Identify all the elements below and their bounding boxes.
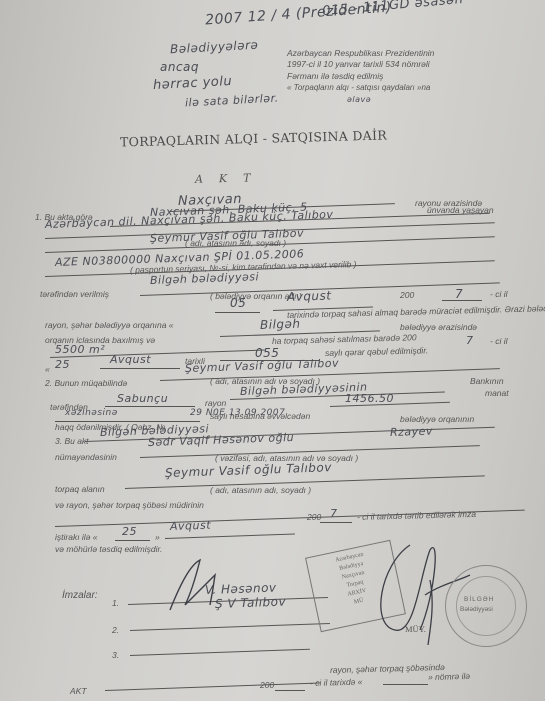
sealed-label: və möhürlə təsdiq edilmişdir. xyxy=(55,544,162,554)
participation-label: iştirakı ilə « xyxy=(55,532,98,542)
decree-line-1: Azərbaycan Respublikası Prezidentinin xyxy=(287,48,434,58)
date-year-line xyxy=(320,522,352,523)
participation-month-line xyxy=(165,533,295,539)
date-suffix: - ci il tarixdə tərtib edilərək imza xyxy=(357,509,476,522)
decree-line-2: 1997-ci il 10 yanvar tarixli 534 nömrəli xyxy=(287,59,430,69)
participation-day: 25 xyxy=(122,525,137,538)
decree-line-4: « Torpaqların alqı - satqısı qaydaları »… xyxy=(287,83,430,92)
rep-label: nümayəndəsinin xyxy=(55,452,117,462)
footer-year-suffix: - ci il tarixdə « xyxy=(310,677,363,688)
area-year-value: 7 xyxy=(466,334,474,347)
document-title: TORPAQLARIN ALQI - SATQISINA DAİR xyxy=(120,128,387,150)
day-line xyxy=(215,312,260,313)
land-sale-act-document: 2007 12 / 4 (Prezidentin) 015 - 111GD əs… xyxy=(0,0,545,701)
section2-district-line xyxy=(105,406,195,407)
area-year-suffix: - ci il xyxy=(490,336,507,346)
signature-scribble-icon xyxy=(165,555,235,615)
buyer-value: Şeymur Vasif oğlu Talıbov xyxy=(165,460,332,480)
rayon-label: rayon xyxy=(205,398,226,408)
month-value: Avqust xyxy=(287,288,332,304)
participation-month: Avqust xyxy=(170,519,211,533)
receipt-value: 29 N0E 13.09.2007 xyxy=(190,408,285,418)
handwritten-note-line5-right: əlavə xyxy=(347,95,371,104)
year-suffix: - ci il xyxy=(490,289,507,299)
section3-municipality-label: bələdiyyə orqanının xyxy=(400,414,474,424)
treasury-value: xəzinəsinə xyxy=(65,408,118,418)
signature-3-number: 3. xyxy=(112,650,119,660)
para-a: rayon, şəhər bələdiyyə orqanına « xyxy=(45,320,174,330)
head-line-label: və rayon, şəhər torpaq şöbəsi müdirinin xyxy=(55,500,204,510)
year-value: 7 xyxy=(455,287,463,301)
day-value: 05 xyxy=(230,296,246,310)
handwritten-note-ref: 015 - 111GD əsasən xyxy=(322,0,464,19)
seal-line-1: BİLGƏH xyxy=(464,596,494,603)
area-value: 5500 m² xyxy=(55,343,105,356)
signature-2-number: 2. xyxy=(112,625,119,635)
decision-month: Avqust xyxy=(110,353,151,366)
bank-label: Bankının xyxy=(470,376,504,386)
decision-open-quote: « xyxy=(45,364,50,374)
section2-label: 2. Bunun müqabilində xyxy=(45,378,127,388)
buyer-caption: ( adı, atasının adı, soyadı ) xyxy=(210,485,311,495)
decision-no-label: saylı qərar qəbul edilmişdir. xyxy=(325,345,428,358)
signature-1-number: 1. xyxy=(112,598,119,608)
issued-label: tərəfindən verilmiş xyxy=(40,289,109,299)
footer-number-line xyxy=(383,684,428,685)
akt-label: AKT xyxy=(70,686,87,696)
decision-day: 25 xyxy=(55,358,70,371)
date-prefix: 200 xyxy=(307,512,321,522)
seal-line-2: Bələdiyyəsi xyxy=(460,606,493,613)
signatures-label: İmzalar: xyxy=(62,590,98,601)
handwritten-note-line3: ancaq xyxy=(160,60,199,74)
municipality-seal: BİLGƏH Bələdiyyəsi xyxy=(445,565,527,647)
section2-district-value: Sabunçu xyxy=(117,392,168,405)
signature-2-line xyxy=(130,623,330,631)
year-line xyxy=(442,300,482,301)
signature-3-line xyxy=(130,649,310,656)
handwritten-note-line2: Bələdiyyələrə xyxy=(170,38,259,57)
stamp-bottom: MÜY. xyxy=(405,624,426,634)
footer-year-line xyxy=(275,690,305,691)
para-b: tarixində torpaq sahəsi almaq barədə mür… xyxy=(287,303,545,320)
year-prefix: 200 xyxy=(400,290,414,300)
section2-person-value: Şeymur Vasif oğlu Talıbov xyxy=(185,357,339,375)
date-year: 7 xyxy=(330,507,338,520)
municipality-value: Bilgəh bələdiyyəsi xyxy=(150,270,259,287)
section3-label: 3. Bu akt xyxy=(55,436,89,446)
decree-line-3: Fərmanı ilə təsdiq edilmiş xyxy=(287,71,383,81)
participation-day-line xyxy=(115,540,150,541)
footer-year-prefix: 200 xyxy=(260,680,274,690)
rep-value-right: Rzayev xyxy=(390,425,433,439)
document-subtitle: AKT xyxy=(195,171,267,186)
council-value: Bilgəh xyxy=(260,317,301,332)
participation-close-quote: » xyxy=(155,532,160,542)
council-suffix: bələdiyyə ərazisində xyxy=(400,322,477,332)
buyer-label: torpaq alanın xyxy=(55,484,105,494)
handwritten-note-line4: hərrac yolu xyxy=(153,74,233,93)
currency-label: manat xyxy=(485,388,509,398)
decision-month-line xyxy=(100,368,180,369)
footer-number-label: » nömrə ilə xyxy=(428,671,470,682)
handwritten-note-line5: ilə sata bilərlər. xyxy=(185,92,279,110)
person-caption: ( adı, atasının adı, soyadı ) xyxy=(185,238,286,248)
